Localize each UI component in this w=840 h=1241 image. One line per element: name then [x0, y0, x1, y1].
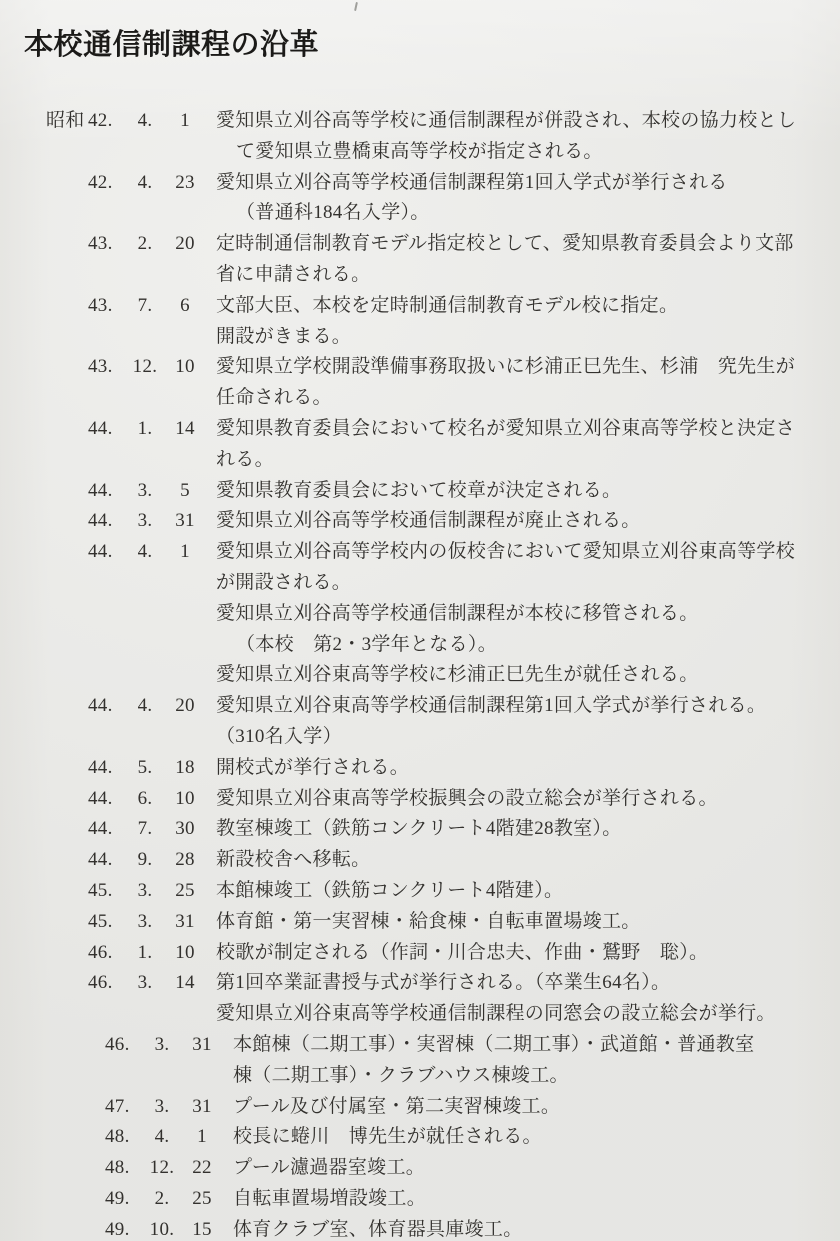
history-timeline: 昭和 42. 4. 1 愛知県立刈谷高等学校に通信制課程が併設され、本校の協力校… — [0, 106, 840, 1241]
entry-text: 本館棟（二期工事）・実習棟（二期工事）・武道館・普通教室棟（二期工事）・クラブハ… — [233, 1030, 840, 1092]
entry-date: 48. 12. 22 — [63, 1153, 221, 1184]
timeline-entry: 49. 10. 15 体育クラブ室、体育器具庫竣工。 — [0, 1215, 840, 1241]
entry-line: プール及び付属室・第二実習棟竣工。 — [233, 1092, 840, 1123]
entry-line: が開設される。 — [216, 568, 840, 599]
entry-year: 43. — [88, 229, 124, 260]
entry-date: 42. 4. 23 — [46, 168, 204, 199]
entry-era-label: 昭和 — [46, 106, 88, 137]
entry-line: 本館棟（二期工事）・実習棟（二期工事）・武道館・普通教室 — [233, 1030, 840, 1061]
entry-month: 10. — [141, 1215, 183, 1241]
entry-line: 校歌が制定される（作詞・川合忠夫、作曲・鷲野 聡）。 — [216, 938, 840, 969]
entry-era-label — [46, 876, 88, 907]
entry-year: 44. — [88, 753, 124, 784]
entry-line: 愛知県立刈谷高等学校通信制課程が廃止される。 — [216, 506, 840, 537]
entry-month: 4. — [124, 537, 166, 568]
entry-text: 愛知県立刈谷高等学校に通信制課程が併設され、本校の協力校として愛知県立豊橋東高等… — [216, 106, 840, 168]
entry-line: 愛知県立刈谷東高等学校振興会の設立総会が挙行される。 — [216, 784, 840, 815]
entry-month: 7. — [124, 291, 166, 322]
entry-day: 10 — [166, 784, 204, 815]
timeline-entry: 44. 3. 31 愛知県立刈谷高等学校通信制課程が廃止される。 — [0, 506, 840, 537]
entry-era-label — [46, 414, 88, 445]
entry-text: 愛知県教育委員会において校章が決定される。 — [216, 476, 840, 507]
entry-day: 30 — [166, 814, 204, 845]
entry-date: 48. 4. 1 — [63, 1122, 221, 1153]
entry-date: 44. 4. 20 — [46, 691, 204, 722]
entry-year: 49. — [105, 1184, 141, 1215]
timeline-entry: 44. 4. 1 愛知県立刈谷高等学校内の仮校舎において愛知県立刈谷東高等学校が… — [0, 537, 840, 691]
entry-line: 校長に蜷川 博先生が就任される。 — [233, 1122, 840, 1153]
entry-line: 愛知県教育委員会において校章が決定される。 — [216, 476, 840, 507]
entry-text: 愛知県立学校開設準備事務取扱いに杉浦正巳先生、杉浦 究先生が任命される。 — [216, 352, 840, 414]
entry-year: 49. — [105, 1215, 141, 1241]
entry-year: 44. — [88, 414, 124, 445]
entry-line: （普通科184名入学）。 — [216, 198, 840, 229]
entry-month: 4. — [141, 1122, 183, 1153]
entry-date: 46. 3. 31 — [63, 1030, 221, 1061]
timeline-entry: 49. 2. 25 自転車置場増設竣工。 — [0, 1184, 840, 1215]
timeline-entry: 44. 6. 10 愛知県立刈谷東高等学校振興会の設立総会が挙行される。 — [0, 784, 840, 815]
entry-text: 開校式が挙行される。 — [216, 753, 840, 784]
entry-era-label — [46, 537, 88, 568]
entry-day: 1 — [166, 537, 204, 568]
entry-month: 7. — [124, 814, 166, 845]
entry-line: 第1回卒業証書授与式が挙行される。（卒業生64名）。 — [216, 968, 840, 999]
entry-date: 昭和 42. 4. 1 — [46, 106, 204, 137]
entry-year: 48. — [105, 1153, 141, 1184]
entry-day: 14 — [166, 414, 204, 445]
timeline-entry: 48. 12. 22 プール濾過器室竣工。 — [0, 1153, 840, 1184]
timeline-entry: 44. 4. 20 愛知県立刈谷東高等学校通信制課程第1回入学式が挙行される。（… — [0, 691, 840, 753]
timeline-entry: 48. 4. 1 校長に蜷川 博先生が就任される。 — [0, 1122, 840, 1153]
timeline-entry: 45. 3. 31 体育館・第一実習棟・給食棟・自転車置場竣工。 — [0, 907, 840, 938]
entry-month: 1. — [124, 938, 166, 969]
timeline-entry: 46. 3. 31 本館棟（二期工事）・実習棟（二期工事）・武道館・普通教室棟（… — [0, 1030, 840, 1092]
entry-line: 定時制通信制教育モデル指定校として、愛知県教育委員会より文部 — [216, 229, 840, 260]
timeline-entry: 44. 7. 30 教室棟竣工（鉄筋コンクリート4階建28教室）。 — [0, 814, 840, 845]
entry-line: 体育クラブ室、体育器具庫竣工。 — [233, 1215, 840, 1241]
entry-text: 愛知県立刈谷高等学校内の仮校舎において愛知県立刈谷東高等学校が開設される。愛知県… — [216, 537, 840, 691]
entry-era-label — [46, 753, 88, 784]
entry-day: 1 — [183, 1122, 221, 1153]
entry-era-label — [46, 291, 88, 322]
entry-month: 4. — [124, 106, 166, 137]
entry-line: 愛知県教育委員会において校名が愛知県立刈谷東高等学校と決定さ — [216, 414, 840, 445]
entry-date: 45. 3. 31 — [46, 907, 204, 938]
entry-year: 44. — [88, 537, 124, 568]
entry-month: 3. — [124, 476, 166, 507]
timeline-entry: 46. 1. 10 校歌が制定される（作詞・川合忠夫、作曲・鷲野 聡）。 — [0, 938, 840, 969]
entry-era-label — [46, 506, 88, 537]
entry-era-label — [63, 1030, 105, 1061]
entry-line: プール濾過器室竣工。 — [233, 1153, 840, 1184]
entry-era-label — [46, 352, 88, 383]
entry-era-label — [63, 1215, 105, 1241]
entry-date: 49. 10. 15 — [63, 1215, 221, 1241]
entry-day: 6 — [166, 291, 204, 322]
entry-date: 43. 2. 20 — [46, 229, 204, 260]
entry-era-label — [46, 691, 88, 722]
entry-text: 新設校舎へ移転。 — [216, 845, 840, 876]
entry-line: 文部大臣、本校を定時制通信制教育モデル校に指定。 — [216, 291, 840, 322]
entry-year: 44. — [88, 506, 124, 537]
entry-day: 20 — [166, 229, 204, 260]
entry-day: 25 — [183, 1184, 221, 1215]
entry-month: 3. — [124, 876, 166, 907]
entry-month: 2. — [141, 1184, 183, 1215]
entry-date: 44. 4. 1 — [46, 537, 204, 568]
entry-day: 28 — [166, 845, 204, 876]
entry-year: 46. — [88, 968, 124, 999]
entry-year: 45. — [88, 876, 124, 907]
timeline-entry: 45. 3. 25 本館棟竣工（鉄筋コンクリート4階建）。 — [0, 876, 840, 907]
entry-day: 5 — [166, 476, 204, 507]
entry-line: て愛知県立豊橋東高等学校が指定される。 — [216, 137, 840, 168]
entry-line: 開校式が挙行される。 — [216, 753, 840, 784]
entry-text: 本館棟竣工（鉄筋コンクリート4階建）。 — [216, 876, 840, 907]
entry-month: 3. — [141, 1030, 183, 1061]
entry-day: 31 — [166, 506, 204, 537]
entry-line: 本館棟竣工（鉄筋コンクリート4階建）。 — [216, 876, 840, 907]
entry-day: 25 — [166, 876, 204, 907]
entry-year: 45. — [88, 907, 124, 938]
entry-year: 44. — [88, 845, 124, 876]
document-page: 本校通信制課程の沿革 昭和 42. 4. 1 愛知県立刈谷高等学校に通信制課程が… — [0, 0, 840, 1241]
entry-date: 43. 12. 10 — [46, 352, 204, 383]
entry-date: 43. 7. 6 — [46, 291, 204, 322]
entry-line: 愛知県立刈谷東高等学校通信制課程の同窓会の設立総会が挙行。 — [216, 999, 840, 1030]
entry-text: 校歌が制定される（作詞・川合忠夫、作曲・鷲野 聡）。 — [216, 938, 840, 969]
entry-line: 愛知県立刈谷高等学校内の仮校舎において愛知県立刈谷東高等学校 — [216, 537, 840, 568]
entry-era-label — [46, 476, 88, 507]
timeline-entry: 44. 1. 14 愛知県教育委員会において校名が愛知県立刈谷東高等学校と決定さ… — [0, 414, 840, 476]
entry-day: 1 — [166, 106, 204, 137]
entry-month: 3. — [141, 1092, 183, 1123]
entry-text: 校長に蜷川 博先生が就任される。 — [233, 1122, 840, 1153]
entry-era-label — [46, 168, 88, 199]
entry-line: 自転車置場増設竣工。 — [233, 1184, 840, 1215]
entry-line: 体育館・第一実習棟・給食棟・自転車置場竣工。 — [216, 907, 840, 938]
stray-scan-mark — [354, 2, 358, 11]
entry-line: 省に申請される。 — [216, 260, 840, 291]
entry-era-label — [63, 1092, 105, 1123]
timeline-entry: 44. 5. 18 開校式が挙行される。 — [0, 753, 840, 784]
entry-date: 44. 9. 28 — [46, 845, 204, 876]
entry-date: 44. 5. 18 — [46, 753, 204, 784]
entry-text: 文部大臣、本校を定時制通信制教育モデル校に指定。開設がきまる。 — [216, 291, 840, 353]
entry-era-label — [46, 907, 88, 938]
entry-date: 44. 3. 5 — [46, 476, 204, 507]
timeline-entry: 昭和 42. 4. 1 愛知県立刈谷高等学校に通信制課程が併設され、本校の協力校… — [0, 106, 840, 168]
entry-era-label — [63, 1184, 105, 1215]
entry-line: （本校 第2・3学年となる）。 — [216, 630, 840, 661]
entry-text: 第1回卒業証書授与式が挙行される。（卒業生64名）。愛知県立刈谷東高等学校通信制… — [216, 968, 840, 1030]
entry-text: 体育館・第一実習棟・給食棟・自転車置場竣工。 — [216, 907, 840, 938]
entry-day: 31 — [183, 1092, 221, 1123]
entry-line: 開設がきまる。 — [216, 322, 840, 353]
timeline-entry: 43. 7. 6 文部大臣、本校を定時制通信制教育モデル校に指定。開設がきまる。 — [0, 291, 840, 353]
entry-month: 6. — [124, 784, 166, 815]
entry-month: 5. — [124, 753, 166, 784]
entry-line: 棟（二期工事）・クラブハウス棟竣工。 — [233, 1061, 840, 1092]
entry-year: 44. — [88, 784, 124, 815]
entry-year: 44. — [88, 476, 124, 507]
entry-month: 9. — [124, 845, 166, 876]
entry-line: 新設校舎へ移転。 — [216, 845, 840, 876]
entry-era-label — [46, 814, 88, 845]
entry-era-label — [46, 968, 88, 999]
entry-text: 定時制通信制教育モデル指定校として、愛知県教育委員会より文部省に申請される。 — [216, 229, 840, 291]
entry-line: れる。 — [216, 445, 840, 476]
entry-day: 23 — [166, 168, 204, 199]
entry-day: 20 — [166, 691, 204, 722]
entry-year: 44. — [88, 814, 124, 845]
entry-year: 42. — [88, 168, 124, 199]
timeline-entry: 44. 3. 5 愛知県教育委員会において校章が決定される。 — [0, 476, 840, 507]
entry-month: 3. — [124, 907, 166, 938]
entry-day: 10 — [166, 352, 204, 383]
entry-text: プール及び付属室・第二実習棟竣工。 — [233, 1092, 840, 1123]
entry-text: 愛知県教育委員会において校名が愛知県立刈谷東高等学校と決定される。 — [216, 414, 840, 476]
entry-text: 愛知県立刈谷高等学校通信制課程第1回入学式が挙行される（普通科184名入学）。 — [216, 168, 840, 230]
entry-day: 31 — [166, 907, 204, 938]
entry-year: 42. — [88, 106, 124, 137]
entry-line: （310名入学） — [216, 722, 840, 753]
entry-text: 体育クラブ室、体育器具庫竣工。 — [233, 1215, 840, 1241]
entry-date: 44. 6. 10 — [46, 784, 204, 815]
entry-line: 愛知県立刈谷高等学校通信制課程が本校に移管される。 — [216, 599, 840, 630]
entry-day: 18 — [166, 753, 204, 784]
entry-line: 愛知県立学校開設準備事務取扱いに杉浦正巳先生、杉浦 究先生が — [216, 352, 840, 383]
entry-text: プール濾過器室竣工。 — [233, 1153, 840, 1184]
entry-month: 4. — [124, 168, 166, 199]
entry-year: 46. — [105, 1030, 141, 1061]
entry-year: 47. — [105, 1092, 141, 1123]
entry-month: 3. — [124, 968, 166, 999]
entry-date: 46. 1. 10 — [46, 938, 204, 969]
entry-date: 49. 2. 25 — [63, 1184, 221, 1215]
entry-text: 愛知県立刈谷東高等学校振興会の設立総会が挙行される。 — [216, 784, 840, 815]
page-title: 本校通信制課程の沿革 — [24, 22, 319, 63]
entry-month: 1. — [124, 414, 166, 445]
entry-text: 愛知県立刈谷東高等学校通信制課程第1回入学式が挙行される。（310名入学） — [216, 691, 840, 753]
entry-month: 3. — [124, 506, 166, 537]
entry-line: 愛知県立刈谷高等学校に通信制課程が併設され、本校の協力校とし — [216, 106, 840, 137]
entry-year: 43. — [88, 291, 124, 322]
entry-year: 48. — [105, 1122, 141, 1153]
entry-date: 44. 1. 14 — [46, 414, 204, 445]
entry-era-label — [63, 1122, 105, 1153]
entry-year: 43. — [88, 352, 124, 383]
entry-text: 愛知県立刈谷高等学校通信制課程が廃止される。 — [216, 506, 840, 537]
timeline-entry: 42. 4. 23 愛知県立刈谷高等学校通信制課程第1回入学式が挙行される（普通… — [0, 168, 840, 230]
entry-year: 44. — [88, 691, 124, 722]
entry-date: 47. 3. 31 — [63, 1092, 221, 1123]
entry-month: 2. — [124, 229, 166, 260]
entry-date: 44. 7. 30 — [46, 814, 204, 845]
entry-line: 任命される。 — [216, 383, 840, 414]
entry-month: 12. — [141, 1153, 183, 1184]
entry-day: 10 — [166, 938, 204, 969]
timeline-entry: 43. 2. 20 定時制通信制教育モデル指定校として、愛知県教育委員会より文部… — [0, 229, 840, 291]
entry-era-label — [63, 1153, 105, 1184]
entry-era-label — [46, 229, 88, 260]
entry-date: 45. 3. 25 — [46, 876, 204, 907]
timeline-entry: 43. 12. 10 愛知県立学校開設準備事務取扱いに杉浦正巳先生、杉浦 究先生… — [0, 352, 840, 414]
entry-text: 自転車置場増設竣工。 — [233, 1184, 840, 1215]
timeline-entry: 47. 3. 31 プール及び付属室・第二実習棟竣工。 — [0, 1092, 840, 1123]
entry-year: 46. — [88, 938, 124, 969]
entry-day: 22 — [183, 1153, 221, 1184]
entry-line: 教室棟竣工（鉄筋コンクリート4階建28教室）。 — [216, 814, 840, 845]
entry-month: 12. — [124, 352, 166, 383]
entry-line: 愛知県立刈谷高等学校通信制課程第1回入学式が挙行される — [216, 168, 840, 199]
timeline-entry: 44. 9. 28 新設校舎へ移転。 — [0, 845, 840, 876]
entry-date: 46. 3. 14 — [46, 968, 204, 999]
entry-text: 教室棟竣工（鉄筋コンクリート4階建28教室）。 — [216, 814, 840, 845]
entry-era-label — [46, 784, 88, 815]
entry-day: 14 — [166, 968, 204, 999]
entry-era-label — [46, 938, 88, 969]
entry-line: 愛知県立刈谷東高等学校通信制課程第1回入学式が挙行される。 — [216, 691, 840, 722]
entry-era-label — [46, 845, 88, 876]
entry-month: 4. — [124, 691, 166, 722]
timeline-entry: 46. 3. 14 第1回卒業証書授与式が挙行される。（卒業生64名）。愛知県立… — [0, 968, 840, 1030]
entry-day: 31 — [183, 1030, 221, 1061]
entry-date: 44. 3. 31 — [46, 506, 204, 537]
entry-day: 15 — [183, 1215, 221, 1241]
entry-line: 愛知県立刈谷東高等学校に杉浦正巳先生が就任される。 — [216, 660, 840, 691]
